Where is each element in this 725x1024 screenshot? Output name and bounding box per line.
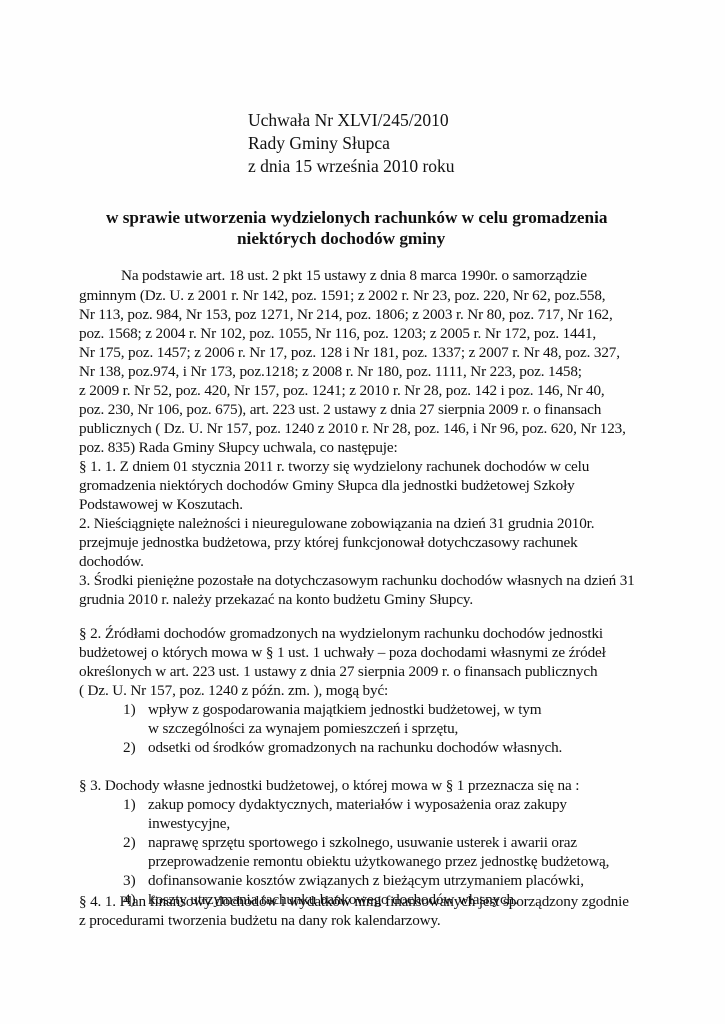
title-line-2: niektórych dochodów gminy bbox=[237, 228, 445, 250]
section-4-line: z procedurami tworzenia budżetu na dany … bbox=[79, 912, 441, 930]
preamble-line: Nr 113, poz. 984, Nr 153, poz 1271, Nr 2… bbox=[79, 306, 613, 324]
preamble-line: gminnym (Dz. U. z 2001 r. Nr 142, poz. 1… bbox=[79, 287, 605, 305]
section-1-line: grudnia 2010 r. należy przekazać na kont… bbox=[79, 591, 473, 609]
preamble-line: Na podstawie art. 18 ust. 2 pkt 15 ustaw… bbox=[121, 267, 587, 285]
section-2-line: ( Dz. U. Nr 157, poz. 1240 z późn. zm. )… bbox=[79, 682, 388, 700]
preamble-line: poz. 1568; z 2004 r. Nr 102, poz. 1055, … bbox=[79, 325, 596, 343]
resolution-number: Uchwała Nr XLVI/245/2010 bbox=[248, 109, 449, 131]
document-page: Uchwała Nr XLVI/245/2010 Rady Gminy Słup… bbox=[0, 0, 725, 1024]
section-1-line: gromadzenia niektórych dochodów Gminy Sł… bbox=[79, 477, 575, 495]
section-2-line: § 2. Źródłami dochodów gromadzonych na w… bbox=[79, 625, 603, 643]
title-line-1: w sprawie utworzenia wydzielonych rachun… bbox=[106, 207, 607, 229]
list-number: 1) bbox=[123, 796, 136, 814]
section-1-line: 3. Środki pieniężne pozostałe na dotychc… bbox=[79, 572, 635, 590]
list-text: inwestycyjne, bbox=[148, 815, 230, 833]
section-1-line: Podstawowej w Koszutach. bbox=[79, 496, 243, 514]
section-1-line: § 1. 1. Z dniem 01 stycznia 2011 r. twor… bbox=[79, 458, 589, 476]
list-number: 2) bbox=[123, 834, 136, 852]
preamble-line: poz. 230, Nr 106, poz. 675), art. 223 us… bbox=[79, 401, 601, 419]
section-1-line: dochodów. bbox=[79, 553, 144, 571]
preamble-line: poz. 835) Rada Gminy Słupcy uchwala, co … bbox=[79, 439, 398, 457]
preamble-line: Nr 175, poz. 1457; z 2006 r. Nr 17, poz.… bbox=[79, 344, 620, 362]
list-text: naprawę sprzętu sportowego i szkolnego, … bbox=[148, 834, 577, 852]
list-number: 1) bbox=[123, 701, 136, 719]
list-text: wpływ z gospodarowania majątkiem jednost… bbox=[148, 701, 541, 719]
section-4-line: § 4. 1. Plan finansowy dochodów i wydatk… bbox=[79, 893, 629, 911]
list-number: 3) bbox=[123, 872, 136, 890]
list-text: dofinansowanie kosztów związanych z bież… bbox=[148, 872, 584, 890]
council-name: Rady Gminy Słupca bbox=[248, 132, 390, 154]
section-2-line: określonych w art. 223 ust. 1 ustawy z d… bbox=[79, 663, 597, 681]
list-text: odsetki od środków gromadzonych na rachu… bbox=[148, 739, 562, 757]
list-number: 2) bbox=[123, 739, 136, 757]
section-2-line: budżetowej o których mowa w § 1 ust. 1 u… bbox=[79, 644, 606, 662]
preamble-line: z 2009 r. Nr 52, poz. 420, Nr 157, poz. … bbox=[79, 382, 605, 400]
preamble-line: publicznych ( Dz. U. Nr 157, poz. 1240 z… bbox=[79, 420, 626, 438]
preamble-line: Nr 138, poz.974, i Nr 173, poz.1218; z 2… bbox=[79, 363, 582, 381]
list-text: przeprowadzenie remontu obiektu użytkowa… bbox=[148, 853, 609, 871]
section-3-intro: § 3. Dochody własne jednostki budżetowej… bbox=[79, 777, 579, 795]
section-1-line: 2. Nieściągnięte należności i nieuregulo… bbox=[79, 515, 594, 533]
list-text: zakup pomocy dydaktycznych, materiałów i… bbox=[148, 796, 567, 814]
list-text: w szczególności za wynajem pomieszczeń i… bbox=[148, 720, 458, 738]
section-1-line: przejmuje jednostka budżetowa, przy któr… bbox=[79, 534, 578, 552]
resolution-date: z dnia 15 września 2010 roku bbox=[248, 155, 455, 177]
